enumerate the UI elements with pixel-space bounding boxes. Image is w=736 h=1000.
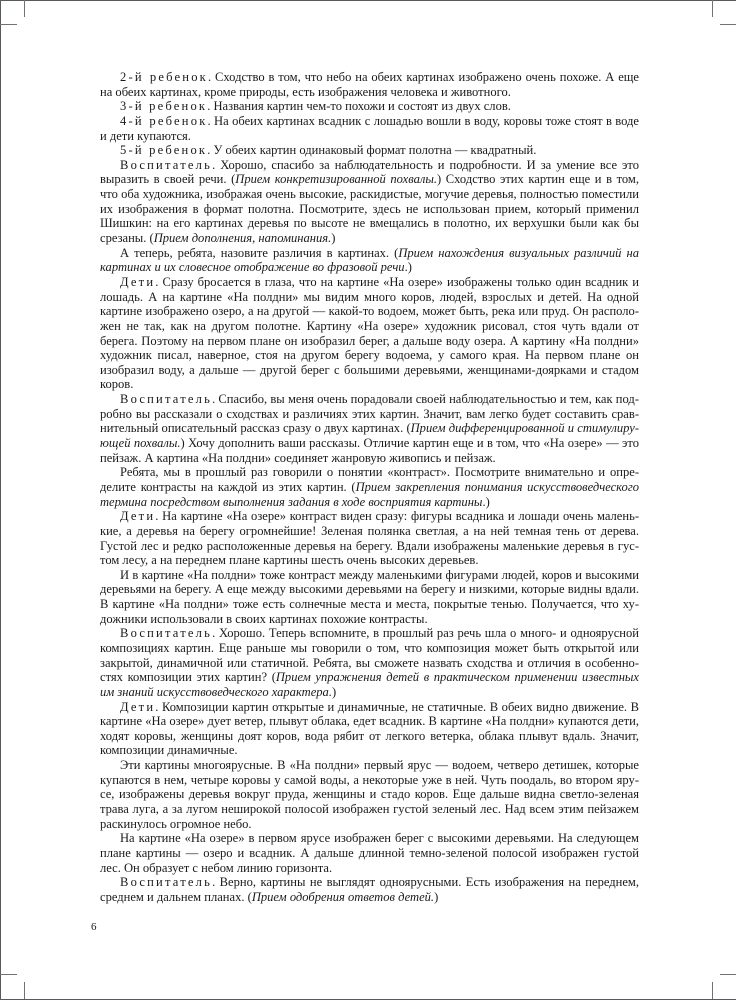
method-note: Прием одобрения ответов детей. [252, 890, 434, 904]
paragraph-text: Эти картины многоярусные. В «На полдни» … [100, 758, 639, 831]
paragraph-text: . Композиции картин открытые и динамичны… [100, 700, 639, 758]
paragraph-text: И в картине «На полдни» тоже контраст ме… [100, 568, 639, 626]
method-note: Прием дополнения, напоминания. [154, 231, 332, 245]
speaker-label: Дети [120, 509, 155, 523]
speaker-label: Воспитатель [120, 626, 212, 640]
paragraph: Дети. Композиции картин открытые и динам… [100, 700, 639, 759]
crop-mark-bottom-left-vertical [24, 982, 25, 999]
crop-mark-bottom-right-vertical [712, 982, 713, 999]
paragraph-text: . Названия картин чем-то похожи и состоя… [207, 99, 511, 113]
speaker-label: Дети [120, 700, 155, 714]
paragraph: А теперь, ребята, назовите различия в ка… [100, 246, 639, 275]
paragraph-text: ) [434, 890, 438, 904]
paragraph: 4-й ребенок. На обеих картинах всадник с… [100, 114, 639, 143]
speaker-label: 2-й ребенок [120, 70, 208, 84]
paragraph: Эти картины многоярусные. В «На полдни» … [100, 758, 639, 831]
paragraph: 5-й ребенок. У обеих картин одинаковый ф… [100, 143, 639, 158]
crop-mark-top-right-vertical [712, 0, 713, 17]
page-number: 6 [91, 921, 97, 933]
crop-mark-top-left-horizontal [0, 24, 17, 25]
crop-mark-top-right-horizontal [720, 24, 736, 25]
speaker-label: 4-й ребенок [120, 114, 208, 128]
paragraph-text: А теперь, ребята, назовите различия в ка… [120, 246, 398, 260]
speaker-label: Дети [120, 275, 155, 289]
method-note: Прием конкретизированной похвалы. [235, 172, 437, 186]
paragraph: 3-й ребенок. Названия картин чем-то похо… [100, 99, 639, 114]
crop-mark-top-left-vertical [24, 0, 25, 17]
page-body-text: 2-й ребенок. Сходство в том, что небо на… [100, 70, 639, 905]
paragraph-text: На картине «На озере» в первом ярусе изо… [100, 831, 639, 874]
paragraph: Воспитатель. Хорошо. Теперь вспомните, в… [100, 626, 639, 699]
paragraph-text: .) [482, 495, 489, 509]
paragraph: На картине «На озере» в первом ярусе изо… [100, 831, 639, 875]
paragraph: И в картине «На полдни» тоже контраст ме… [100, 568, 639, 627]
page-border-left [0, 0, 1, 1000]
paragraph: Воспитатель. Спасибо, вы меня очень пора… [100, 392, 639, 465]
crop-mark-bottom-right-horizontal [720, 974, 736, 975]
paragraph-text: ) [331, 231, 335, 245]
paragraph: Воспитатель. Верно, картины не выглядят … [100, 875, 639, 904]
paragraph: Дети. На картине «На озере» контраст вид… [100, 509, 639, 568]
speaker-label: 3-й ребенок [120, 99, 207, 113]
speaker-label: 5-й ребенок [120, 143, 207, 157]
page-border-top [0, 0, 736, 1]
paragraph: Ребята, мы в прошлый раз говорили о поня… [100, 465, 639, 509]
speaker-label: Воспитатель [120, 392, 212, 406]
paragraph-text: ) [332, 685, 336, 699]
paragraph-text: . На картине «На озере» контраст виден с… [100, 509, 639, 567]
paragraph: 2-й ребенок. Сходство в том, что небо на… [100, 70, 639, 99]
speaker-label: Воспитатель [120, 875, 212, 889]
paragraph: Дети. Сразу бросается в глаза, что на ка… [100, 275, 639, 392]
speaker-label: Воспитатель [120, 158, 212, 172]
paragraph-text: .) [405, 260, 412, 274]
paragraph-text: . У обеих картин одинаковый формат полот… [207, 143, 536, 157]
paragraph-text: . Сразу бросается в глаза, что на картин… [100, 275, 639, 391]
crop-mark-bottom-left-horizontal [0, 974, 17, 975]
paragraph: Воспитатель. Хорошо, спасибо за наблюдат… [100, 158, 639, 246]
paragraph-text: ) Хочу дополнить ваши рассказы. Отличие … [100, 436, 639, 465]
